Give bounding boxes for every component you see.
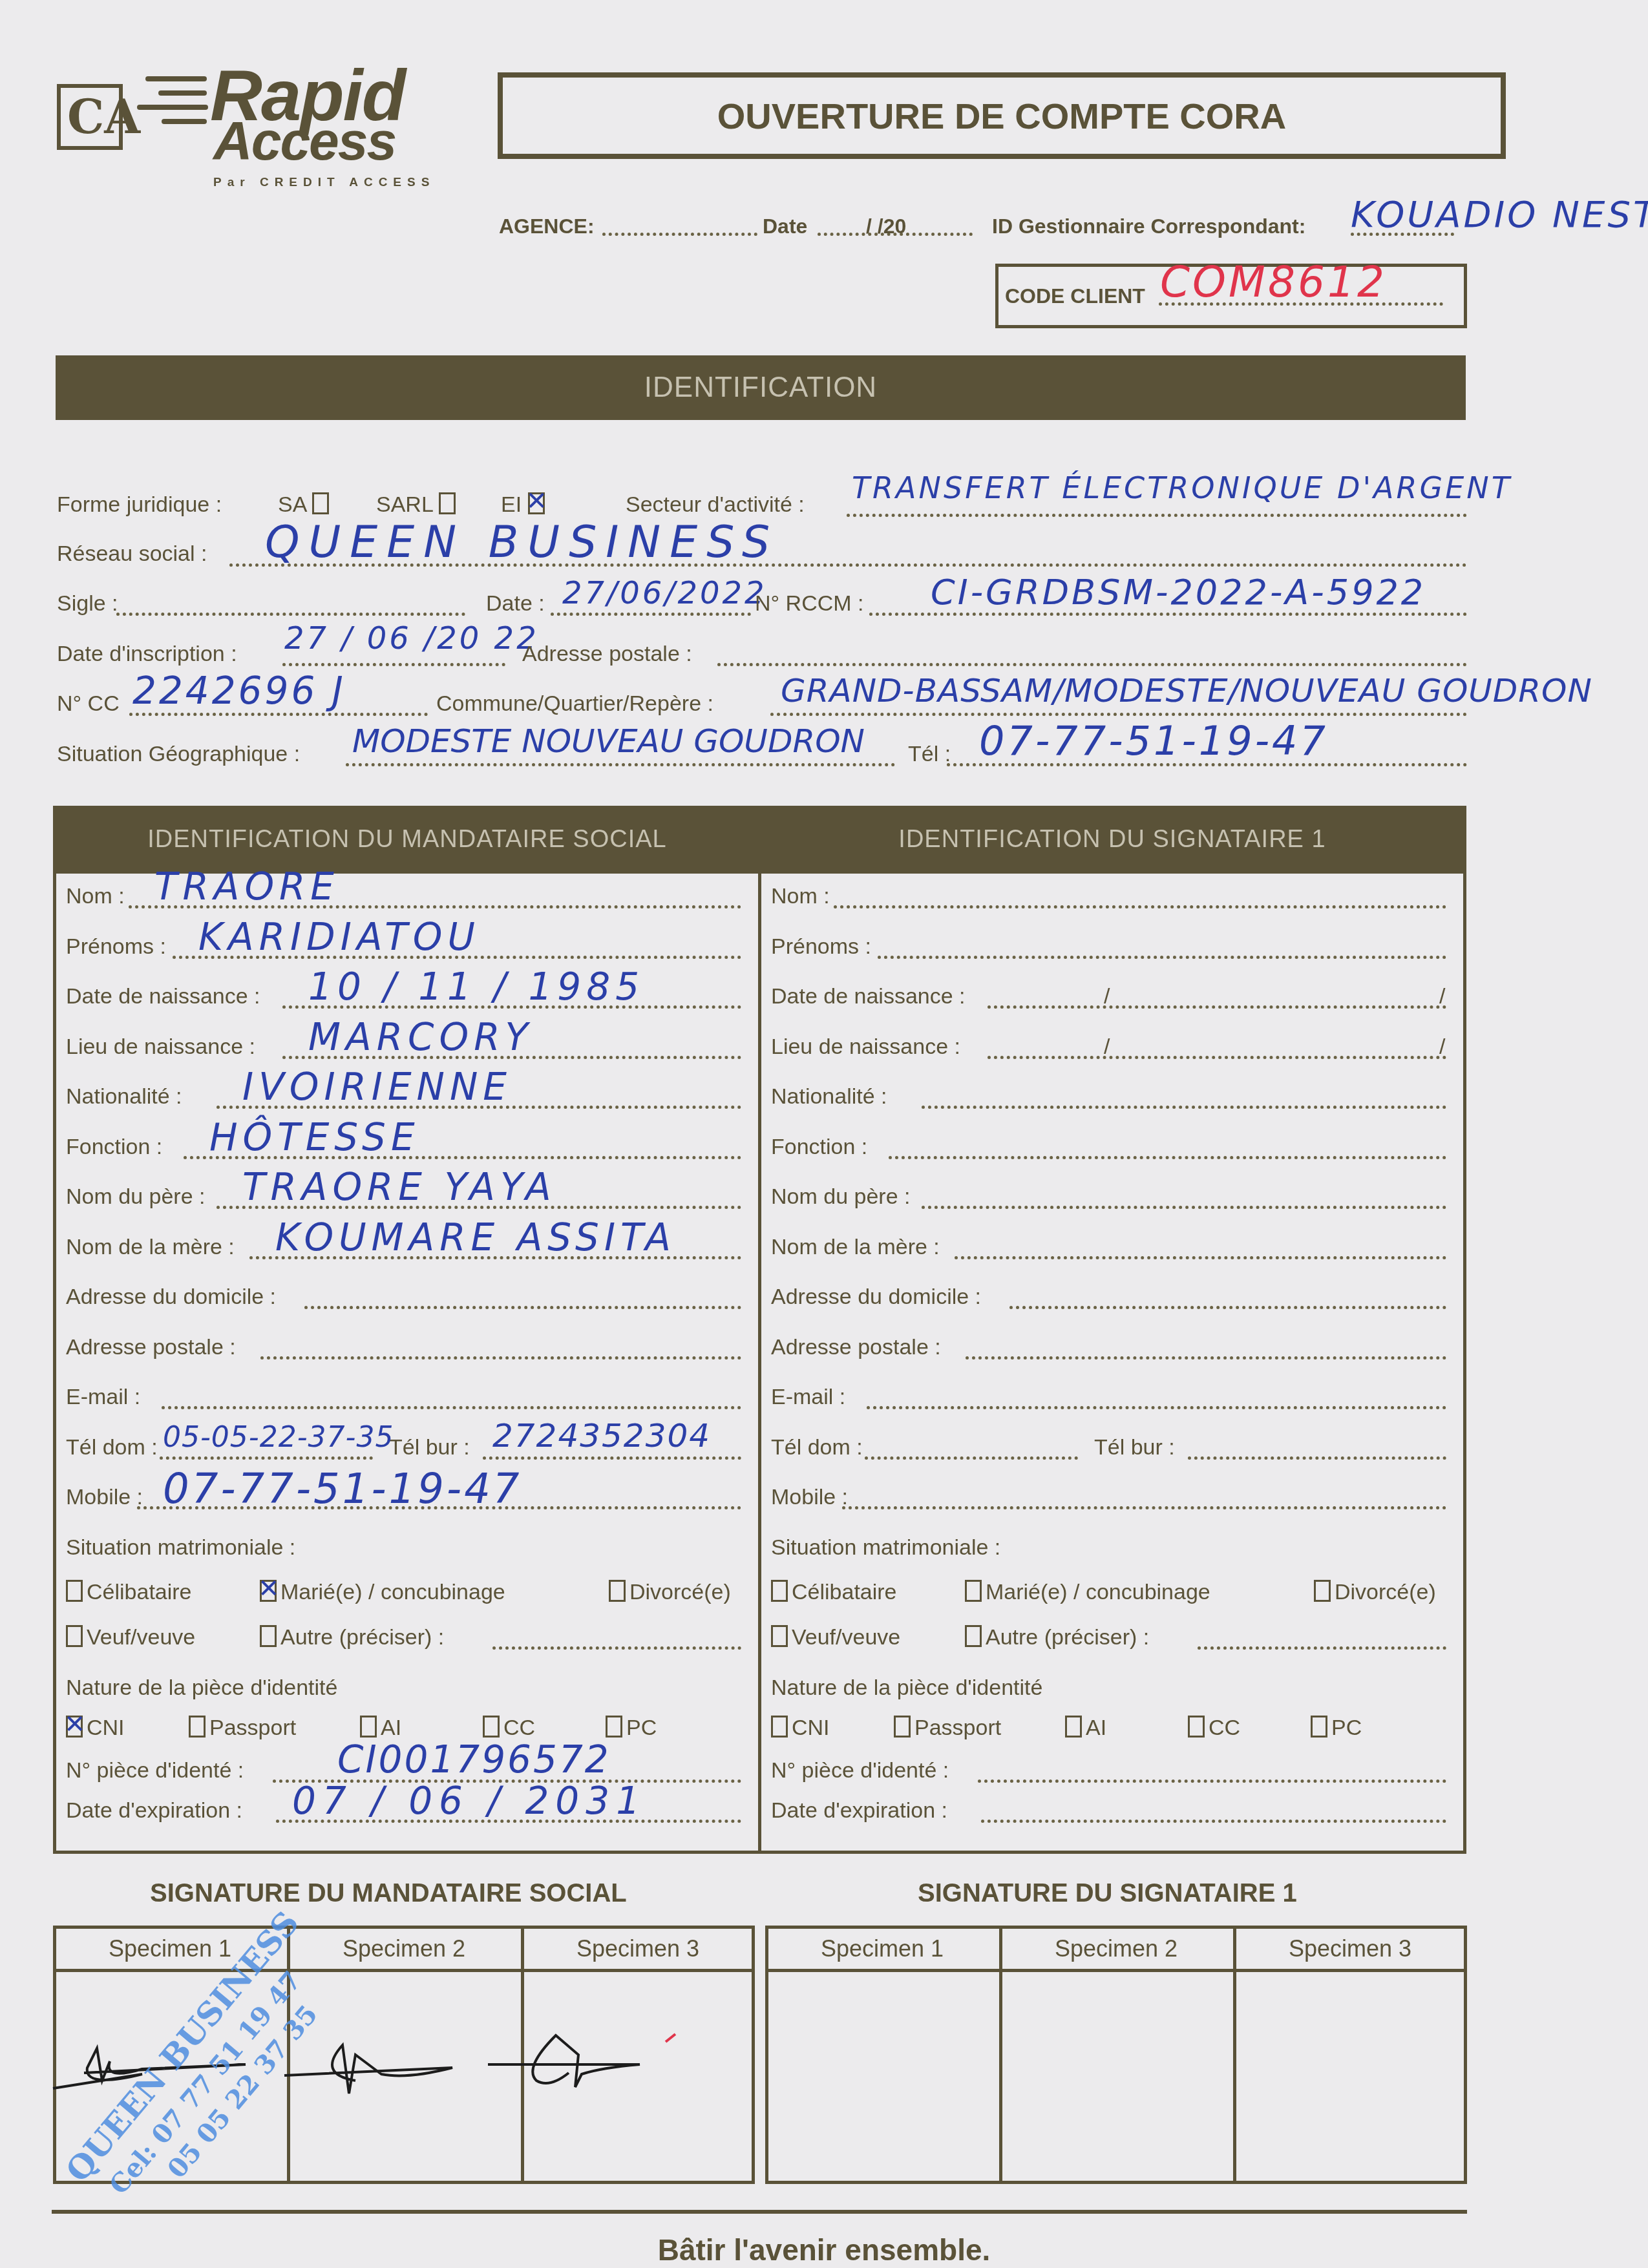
- date-label: Date: [763, 215, 807, 238]
- adresse-postale-field[interactable]: [717, 663, 1467, 666]
- numero-cc-label: N° CC: [57, 691, 120, 717]
- mobile-field[interactable]: [842, 1506, 1446, 1509]
- matrimoniale-option[interactable]: Marié(e) / concubinage: [260, 1580, 505, 1605]
- numero-piece-value: CI001796572: [337, 1738, 611, 1781]
- option-label: Marié(e) / concubinage: [280, 1580, 505, 1604]
- matrimoniale-option[interactable]: Divorcé(e): [1314, 1580, 1436, 1605]
- option-label: Célibataire: [87, 1580, 192, 1604]
- tel-dom-field[interactable]: [865, 1456, 1078, 1460]
- field-separator: / /: [1104, 1034, 1607, 1060]
- forme-juridique-label: Forme juridique :: [57, 492, 222, 518]
- field-input[interactable]: [260, 1356, 741, 1360]
- matrimoniale-option[interactable]: Autre (préciser) :: [965, 1625, 1149, 1650]
- piece-option[interactable]: PC: [606, 1716, 657, 1741]
- signature-signataire-title: SIGNATURE DU SIGNATAIRE 1: [918, 1879, 1297, 1908]
- field-value: TRAORE YAYA: [242, 1165, 556, 1209]
- date-creation-field[interactable]: [551, 613, 751, 616]
- date-inscription-label: Date d'inscription :: [57, 642, 237, 667]
- brand-logo-mark: CA: [57, 84, 123, 150]
- option-label: PC: [1331, 1716, 1362, 1740]
- footer-divider: [52, 2210, 1467, 2214]
- matrimoniale-option[interactable]: Célibataire: [771, 1580, 897, 1605]
- matrimoniale-option[interactable]: Veuf/veuve: [66, 1625, 195, 1650]
- date-inscription-value: 27 / 06 /20 22: [284, 620, 539, 656]
- speed-line-decoration: [162, 119, 207, 124]
- checkbox[interactable]: [1188, 1716, 1205, 1738]
- option-label: Veuf/veuve: [87, 1625, 195, 1650]
- field-label: Prénoms :: [66, 934, 166, 960]
- checkbox[interactable]: [189, 1716, 206, 1738]
- tel-bur-field[interactable]: [1188, 1456, 1446, 1460]
- field-label: Fonction :: [66, 1135, 162, 1160]
- checkbox[interactable]: [360, 1716, 377, 1738]
- matrimoniale-option[interactable]: Marié(e) / concubinage: [965, 1580, 1210, 1605]
- rccm-value: CI-GRDBSM-2022-A-5922: [931, 572, 1426, 613]
- checkbox-ei[interactable]: [528, 492, 545, 514]
- adresse-postale-label: Adresse postale :: [522, 642, 692, 667]
- option-label: Passport: [914, 1716, 1001, 1740]
- tel-bur-label: Tél bur :: [389, 1435, 470, 1460]
- field-input[interactable]: [955, 1256, 1446, 1259]
- field-input[interactable]: [922, 1206, 1446, 1209]
- specimen-header: Specimen 2: [999, 1929, 1233, 1969]
- autre-field[interactable]: [1198, 1646, 1446, 1650]
- rccm-field[interactable]: [869, 613, 1467, 616]
- option-label: CC: [1209, 1716, 1240, 1740]
- brand-name-access: Access: [213, 114, 396, 168]
- tel-label: Tél :: [908, 742, 951, 767]
- field-label: Nationalité :: [66, 1084, 182, 1109]
- field-input[interactable]: [867, 1406, 1446, 1409]
- field-label: Adresse du domicile :: [66, 1285, 276, 1310]
- matrimoniale-option[interactable]: Autre (préciser) :: [260, 1625, 444, 1650]
- checkbox[interactable]: [66, 1580, 83, 1602]
- checkbox[interactable]: [771, 1625, 788, 1647]
- field-label: Nationalité :: [771, 1084, 887, 1109]
- field-input[interactable]: [878, 956, 1446, 959]
- speed-line-decoration: [137, 105, 208, 110]
- piece-label: Nature de la pièce d'identité: [66, 1675, 337, 1701]
- sigle-field[interactable]: [116, 613, 465, 616]
- date-separator: / /20: [866, 215, 906, 238]
- piece-option[interactable]: AI: [1065, 1716, 1106, 1741]
- piece-option[interactable]: CC: [1188, 1716, 1240, 1741]
- tel-bur-field[interactable]: [483, 1456, 741, 1460]
- field-label: Adresse postale :: [771, 1335, 941, 1360]
- specimen-header: Specimen 1: [765, 1929, 999, 1969]
- field-label: Nom :: [771, 884, 830, 909]
- option-label: CNI: [87, 1716, 125, 1740]
- field-input[interactable]: [304, 1306, 741, 1309]
- checkbox[interactable]: [965, 1625, 982, 1647]
- field-label: Lieu de naissance :: [66, 1034, 255, 1060]
- speed-line-decoration: [145, 76, 207, 81]
- form-title-box: OUVERTURE DE COMPTE CORA: [498, 72, 1506, 159]
- gestionnaire-label: ID Gestionnaire Correspondant:: [992, 215, 1305, 238]
- commune-value: GRAND-BASSAM/MODESTE/NOUVEAU GOUDRON: [781, 672, 1592, 709]
- signature-mandataire-title: SIGNATURE DU MANDATAIRE SOCIAL: [150, 1879, 627, 1908]
- forme-option-sarl[interactable]: SARL: [376, 492, 460, 518]
- situation-geo-label: Situation Géographique :: [57, 742, 300, 767]
- option-label: AI: [381, 1716, 401, 1740]
- date-inscription-field[interactable]: [282, 663, 505, 666]
- field-separator: / /: [1104, 984, 1607, 1009]
- checkbox-sa[interactable]: [312, 492, 329, 514]
- field-label: Date de naissance :: [771, 984, 966, 1009]
- checkbox[interactable]: [1314, 1580, 1331, 1602]
- field-input[interactable]: [162, 1406, 741, 1409]
- mobile-label: Mobile :: [66, 1485, 143, 1510]
- piece-label: Nature de la pièce d'identité: [771, 1675, 1042, 1701]
- tel-dom-label: Tél dom :: [771, 1435, 863, 1460]
- commune-field[interactable]: [770, 713, 1467, 716]
- field-label: Lieu de naissance :: [771, 1034, 960, 1060]
- tel-dom-value: 05-05-22-37-35: [163, 1421, 394, 1454]
- option-label: AI: [1086, 1716, 1106, 1740]
- expiration-label: Date d'expiration :: [771, 1798, 947, 1823]
- piece-option[interactable]: CNI: [66, 1716, 125, 1741]
- specimen-signature-area[interactable]: [1003, 1974, 1229, 2181]
- field-input[interactable]: [834, 905, 1446, 908]
- numero-piece-field[interactable]: [978, 1780, 1446, 1783]
- piece-option[interactable]: PC: [1311, 1716, 1362, 1741]
- forme-option-ei[interactable]: EI: [501, 492, 549, 518]
- matrimoniale-option[interactable]: Veuf/veuve: [771, 1625, 900, 1650]
- field-label: Nom du père :: [66, 1184, 205, 1210]
- checkbox[interactable]: [771, 1580, 788, 1602]
- field-label: Nom :: [66, 884, 125, 909]
- option-label: PC: [626, 1716, 657, 1740]
- reseau-social-value: QUEEN BUSINESS: [265, 517, 779, 568]
- situation-geo-value: MODESTE NOUVEAU GOUDRON: [352, 722, 865, 760]
- option-label: Marié(e) / concubinage: [986, 1580, 1210, 1604]
- table-divider: [53, 1969, 755, 1972]
- secteur-label: Secteur d'activité :: [626, 492, 805, 518]
- field-value: TRAORE: [154, 865, 339, 908]
- code-client-label: CODE CLIENT: [1005, 284, 1145, 308]
- tel-dom-label: Tél dom :: [66, 1435, 158, 1460]
- brand-tagline: Par CREDIT ACCESS: [213, 176, 435, 190]
- signataire-band: IDENTIFICATION DU SIGNATAIRE 1: [758, 806, 1466, 874]
- checkbox[interactable]: [66, 1716, 83, 1738]
- option-label: Passport: [209, 1716, 296, 1740]
- checkbox[interactable]: [606, 1716, 622, 1738]
- rccm-label: N° RCCM :: [755, 591, 863, 616]
- agence-label: AGENCE:: [499, 215, 595, 238]
- tel-bur-value: 2724352304: [492, 1417, 711, 1454]
- checkbox[interactable]: [483, 1716, 500, 1738]
- numero-piece-label: N° pièce d'identé :: [66, 1758, 244, 1783]
- numero-cc-field[interactable]: [129, 713, 428, 716]
- specimen-header: Specimen 3: [1233, 1929, 1467, 1969]
- checkbox[interactable]: [260, 1625, 277, 1647]
- field-label: Nom du père :: [771, 1184, 910, 1210]
- field-value: KARIDIATOU: [198, 915, 480, 959]
- matrimoniale-option[interactable]: Divorcé(e): [609, 1580, 731, 1605]
- piece-option[interactable]: CNI: [771, 1716, 830, 1741]
- reseau-social-label: Réseau social :: [57, 541, 207, 567]
- field-input[interactable]: [966, 1356, 1446, 1360]
- matrimoniale-label: Situation matrimoniale :: [66, 1535, 295, 1560]
- piece-option[interactable]: Passport: [189, 1716, 296, 1741]
- tel-value: 07-77-51-19-47: [979, 717, 1328, 764]
- date-creation-value: 27/06/2022: [562, 575, 767, 611]
- sigle-label: Sigle :: [57, 591, 118, 616]
- checkbox[interactable]: [1065, 1716, 1082, 1738]
- specimen-header: Specimen 2: [287, 1929, 521, 1969]
- field-label: Fonction :: [771, 1135, 867, 1160]
- agence-field[interactable]: [602, 233, 757, 236]
- option-label: Veuf/veuve: [792, 1625, 900, 1650]
- field-label: Nom de la mère :: [771, 1235, 940, 1260]
- field-input[interactable]: [1009, 1306, 1446, 1309]
- specimen-header: Specimen 3: [521, 1929, 755, 1969]
- field-label: Adresse du domicile :: [771, 1285, 981, 1310]
- table-divider: [765, 1969, 1467, 1972]
- option-label: CNI: [792, 1716, 830, 1740]
- forme-option-sa[interactable]: SA: [278, 492, 333, 518]
- matrimoniale-label: Situation matrimoniale :: [771, 1535, 1000, 1560]
- checkbox[interactable]: [609, 1580, 626, 1602]
- expiration-field[interactable]: [981, 1820, 1446, 1823]
- checkbox-sarl[interactable]: [439, 492, 456, 514]
- mandataire-band: IDENTIFICATION DU MANDATAIRE SOCIAL: [53, 806, 761, 874]
- field-value: MARCORY: [308, 1015, 533, 1059]
- field-label: Adresse postale :: [66, 1335, 236, 1360]
- checkbox[interactable]: [771, 1716, 788, 1738]
- piece-option[interactable]: Passport: [894, 1716, 1001, 1741]
- option-label: Divorcé(e): [1335, 1580, 1436, 1604]
- expiration-label: Date d'expiration :: [66, 1798, 242, 1823]
- numero-piece-label: N° pièce d'identé :: [771, 1758, 949, 1783]
- situation-geo-field[interactable]: [346, 763, 895, 766]
- checkbox[interactable]: [894, 1716, 911, 1738]
- field-input[interactable]: [922, 1106, 1446, 1109]
- identification-band: IDENTIFICATION: [56, 355, 1466, 420]
- secteur-field[interactable]: [847, 514, 1467, 517]
- tel-dom-field[interactable]: [160, 1456, 373, 1460]
- field-label: Nom de la mère :: [66, 1235, 235, 1260]
- field-value: IVOIRIENNE: [242, 1065, 512, 1109]
- field-value: 10 / 11 / 1985: [308, 965, 644, 1009]
- field-label: E-mail :: [771, 1385, 845, 1410]
- code-client-value: COM8612: [1160, 257, 1387, 307]
- expiration-value: 07 / 06 / 2031: [292, 1779, 646, 1823]
- mobile-label: Mobile :: [771, 1485, 848, 1510]
- autre-field[interactable]: [492, 1646, 741, 1650]
- numero-cc-value: 2242696 J: [132, 669, 346, 713]
- matrimoniale-option[interactable]: Célibataire: [66, 1580, 192, 1605]
- tel-bur-label: Tél bur :: [1094, 1435, 1175, 1460]
- secteur-value: TRANSFERT ÉLECTRONIQUE D'ARGENT: [852, 470, 1512, 505]
- gestionnaire-value: KOUADIO NESTOR: [1351, 194, 1648, 236]
- checkbox[interactable]: [260, 1580, 277, 1602]
- option-label: Autre (préciser) :: [986, 1625, 1149, 1650]
- form-title: OUVERTURE DE COMPTE CORA: [717, 95, 1287, 137]
- commune-label: Commune/Quartier/Repère :: [436, 691, 713, 717]
- field-label: Date de naissance :: [66, 984, 260, 1009]
- option-label: CC: [503, 1716, 535, 1740]
- footer-slogan: Bâtir l'avenir ensemble.: [0, 2232, 1648, 2267]
- speed-line-decoration: [158, 90, 207, 96]
- checkbox[interactable]: [965, 1580, 982, 1602]
- field-label: Prénoms :: [771, 934, 871, 960]
- date-creation-label: Date :: [486, 591, 545, 616]
- field-value: HÔTESSE: [209, 1115, 420, 1159]
- field-label: E-mail :: [66, 1385, 140, 1410]
- option-label: Autre (préciser) :: [280, 1625, 444, 1650]
- specimen-signature-area[interactable]: [1237, 1974, 1463, 2181]
- option-label: Célibataire: [792, 1580, 897, 1604]
- specimen-signature-area[interactable]: [769, 1974, 995, 2181]
- field-input[interactable]: [889, 1156, 1446, 1159]
- checkbox[interactable]: [66, 1625, 83, 1647]
- checkbox[interactable]: [1311, 1716, 1327, 1738]
- field-value: KOUMARE ASSITA: [275, 1215, 676, 1259]
- option-label: Divorcé(e): [629, 1580, 731, 1604]
- mobile-value: 07-77-51-19-47: [163, 1465, 522, 1513]
